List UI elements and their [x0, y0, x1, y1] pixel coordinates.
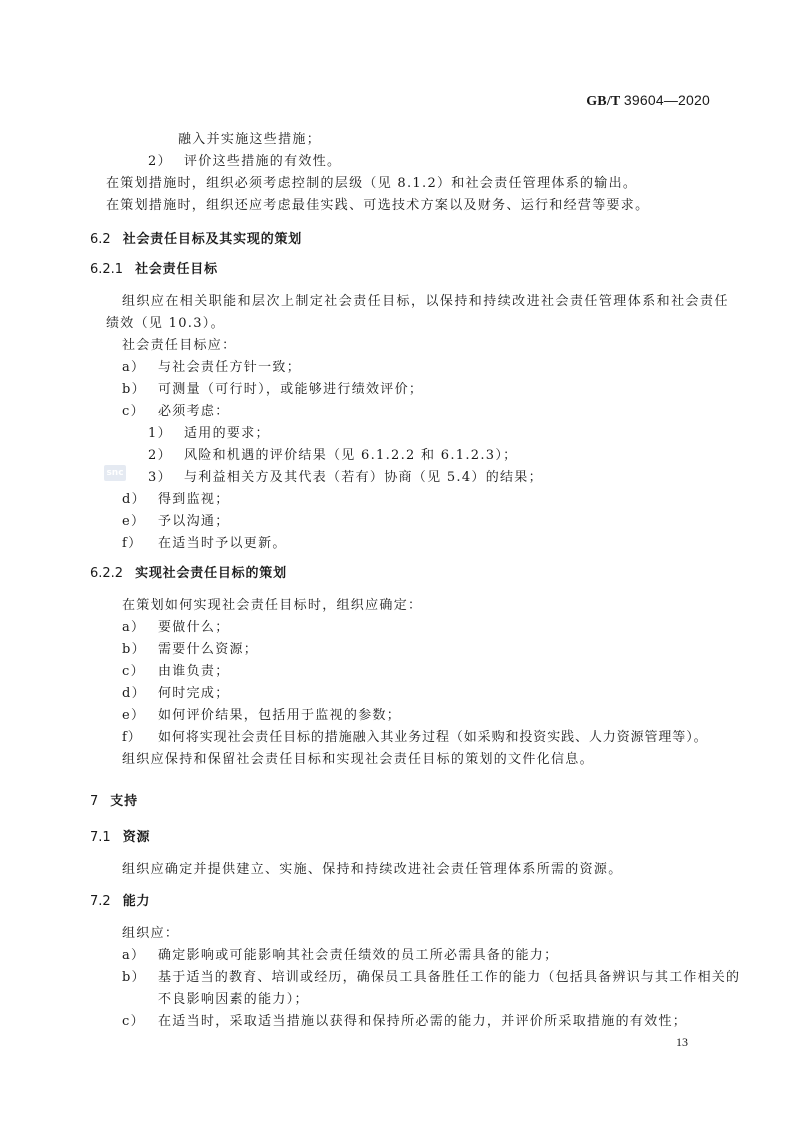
- list-item: b）基于适当的教育、培训或经历，确保员工具备胜任工作的能力（包括具备辨识与其工作…: [122, 970, 740, 986]
- section-heading-7-2: 7.2能力: [90, 894, 150, 910]
- item-text: 与利益相关方及其代表（若有）协商（见 5.4）的结果；: [184, 470, 543, 485]
- section-title: 资源: [123, 830, 151, 845]
- section-heading-7: 7支持: [90, 794, 138, 810]
- item-text: 评价这些措施的有效性。: [184, 154, 341, 169]
- list-item: d）何时完成；: [122, 686, 230, 702]
- item-text: 在适当时，采取适当措施以获得和保持所必需的能力，并评价所采取措施的有效性；: [158, 1014, 687, 1029]
- item-text: 如何将实现社会责任目标的措施融入其业务过程（如采购和投资实践、人力资源管理等）。: [158, 730, 708, 745]
- section-number: 6.2.1: [90, 262, 123, 277]
- sub-list-item: 1）适用的要求；: [148, 426, 270, 442]
- standard-prefix: GB/T: [586, 94, 620, 109]
- item-mark: a）: [122, 360, 158, 376]
- section-number: 6.2: [90, 232, 111, 247]
- list-item: f）如何将实现社会责任目标的措施融入其业务过程（如采购和投资实践、人力资源管理等…: [122, 730, 708, 746]
- list-item: c）在适当时，采取适当措施以获得和保持所必需的能力，并评价所采取措施的有效性；: [122, 1014, 687, 1030]
- paragraph: 组织应保持和保留社会责任目标和实现社会责任目标的策划的文件化信息。: [122, 752, 594, 768]
- item-mark: b）: [122, 382, 158, 398]
- list-item: a）要做什么；: [122, 620, 230, 636]
- section-heading-7-1: 7.1资源: [90, 830, 150, 846]
- list-item: b）需要什么资源；: [122, 642, 258, 658]
- item-text: 风险和机遇的评价结果（见 6.1.2.2 和 6.1.2.3）；: [184, 448, 517, 463]
- paragraph: 绩效（见 10.3）。: [106, 316, 225, 332]
- item-mark: b）: [122, 642, 158, 658]
- item-text: 基于适当的教育、培训或经历，确保员工具备胜任工作的能力（包括具备辨识与其工作相关…: [158, 970, 740, 985]
- item-text: 在适当时予以更新。: [158, 536, 287, 551]
- continuation-line: 融入并实施这些措施；: [178, 132, 321, 148]
- list-item: d）得到监视；: [122, 492, 230, 508]
- section-heading-6-2-1: 6.2.1社会责任目标: [90, 262, 218, 278]
- section-title: 能力: [123, 894, 151, 909]
- paragraph: 在策划措施时，组织还应考虑最佳实践、可选技术方案以及财务、运行和经营等要求。: [106, 198, 649, 214]
- item-text: 得到监视；: [158, 492, 230, 507]
- section-heading-6-2-2: 6.2.2实现社会责任目标的策划: [90, 566, 287, 582]
- list-item: a）与社会责任方针一致；: [122, 360, 301, 376]
- paragraph: 社会责任目标应：: [122, 338, 236, 354]
- section-title: 支持: [110, 794, 138, 809]
- paragraph: 组织应确定并提供建立、实施、保持和持续改进社会责任管理体系所需的资源。: [122, 862, 623, 878]
- section-number: 7: [90, 794, 98, 809]
- list-item: e）予以沟通；: [122, 514, 230, 530]
- item-text: 适用的要求；: [184, 426, 270, 441]
- paragraph: 组织应：: [122, 926, 179, 942]
- item-text: 由谁负责；: [158, 664, 230, 679]
- page-number: 13: [676, 1035, 688, 1050]
- item-text: 要做什么；: [158, 620, 230, 635]
- item-text: 可测量（可行时），或能够进行绩效评价；: [158, 382, 423, 397]
- section-title: 社会责任目标及其实现的策划: [123, 232, 302, 247]
- item-mark: f）: [122, 730, 158, 746]
- list-item: e）如何评价结果，包括用于监视的参数；: [122, 708, 401, 724]
- section-number: 7.1: [90, 830, 111, 845]
- item-text: 确定影响或可能影响其社会责任绩效的员工所必需具备的能力；: [158, 948, 558, 963]
- item-mark: d）: [122, 492, 158, 508]
- list-item: c）必须考虑：: [122, 404, 230, 420]
- list-item: c）由谁负责；: [122, 664, 230, 680]
- item-mark: e）: [122, 708, 158, 724]
- item-mark: e）: [122, 514, 158, 530]
- item-mark: c）: [122, 664, 158, 680]
- list-item: 2）评价这些措施的有效性。: [148, 154, 341, 170]
- list-item: b）可测量（可行时），或能够进行绩效评价；: [122, 382, 423, 398]
- item-mark: 2）: [148, 154, 184, 170]
- sub-list-item: 2）风险和机遇的评价结果（见 6.1.2.2 和 6.1.2.3）；: [148, 448, 517, 464]
- section-title: 实现社会责任目标的策划: [135, 566, 287, 581]
- standard-number: 39604—2020: [624, 92, 710, 108]
- item-mark: c）: [122, 404, 158, 420]
- item-mark: 2）: [148, 448, 184, 464]
- section-number: 6.2.2: [90, 566, 123, 581]
- section-title: 社会责任目标: [135, 262, 218, 277]
- section-heading-6-2: 6.2社会责任目标及其实现的策划: [90, 232, 302, 248]
- paragraph: 在策划如何实现社会责任目标时，组织应确定：: [122, 598, 422, 614]
- item-text: 如何评价结果，包括用于监视的参数；: [158, 708, 401, 723]
- item-mark: c）: [122, 1014, 158, 1030]
- item-text: 需要什么资源；: [158, 642, 258, 657]
- item-mark: a）: [122, 620, 158, 636]
- section-number: 7.2: [90, 894, 111, 909]
- item-text: 必须考虑：: [158, 404, 230, 419]
- item-text: 与社会责任方针一致；: [158, 360, 301, 375]
- item-mark: a）: [122, 948, 158, 964]
- item-text: 予以沟通；: [158, 514, 230, 529]
- paragraph: 在策划措施时，组织必须考虑控制的层级（见 8.1.2）和社会责任管理体系的输出。: [106, 176, 637, 192]
- sub-list-item: 3）与利益相关方及其代表（若有）协商（见 5.4）的结果；: [148, 470, 543, 486]
- item-mark: d）: [122, 686, 158, 702]
- list-item: a）确定影响或可能影响其社会责任绩效的员工所必需具备的能力；: [122, 948, 558, 964]
- list-item-continuation: 不良影响因素的能力）；: [158, 992, 309, 1008]
- item-mark: f）: [122, 536, 158, 552]
- item-mark: 1）: [148, 426, 184, 442]
- standard-code-header: GB/T 39604—2020: [586, 92, 710, 110]
- list-item: f）在适当时予以更新。: [122, 536, 287, 552]
- paragraph: 组织应在相关职能和层次上制定社会责任目标，以保持和持续改进社会责任管理体系和社会…: [122, 294, 729, 310]
- item-mark: b）: [122, 970, 158, 986]
- item-text: 何时完成；: [158, 686, 230, 701]
- watermark-logo: snc: [104, 465, 126, 481]
- item-mark: 3）: [148, 470, 184, 486]
